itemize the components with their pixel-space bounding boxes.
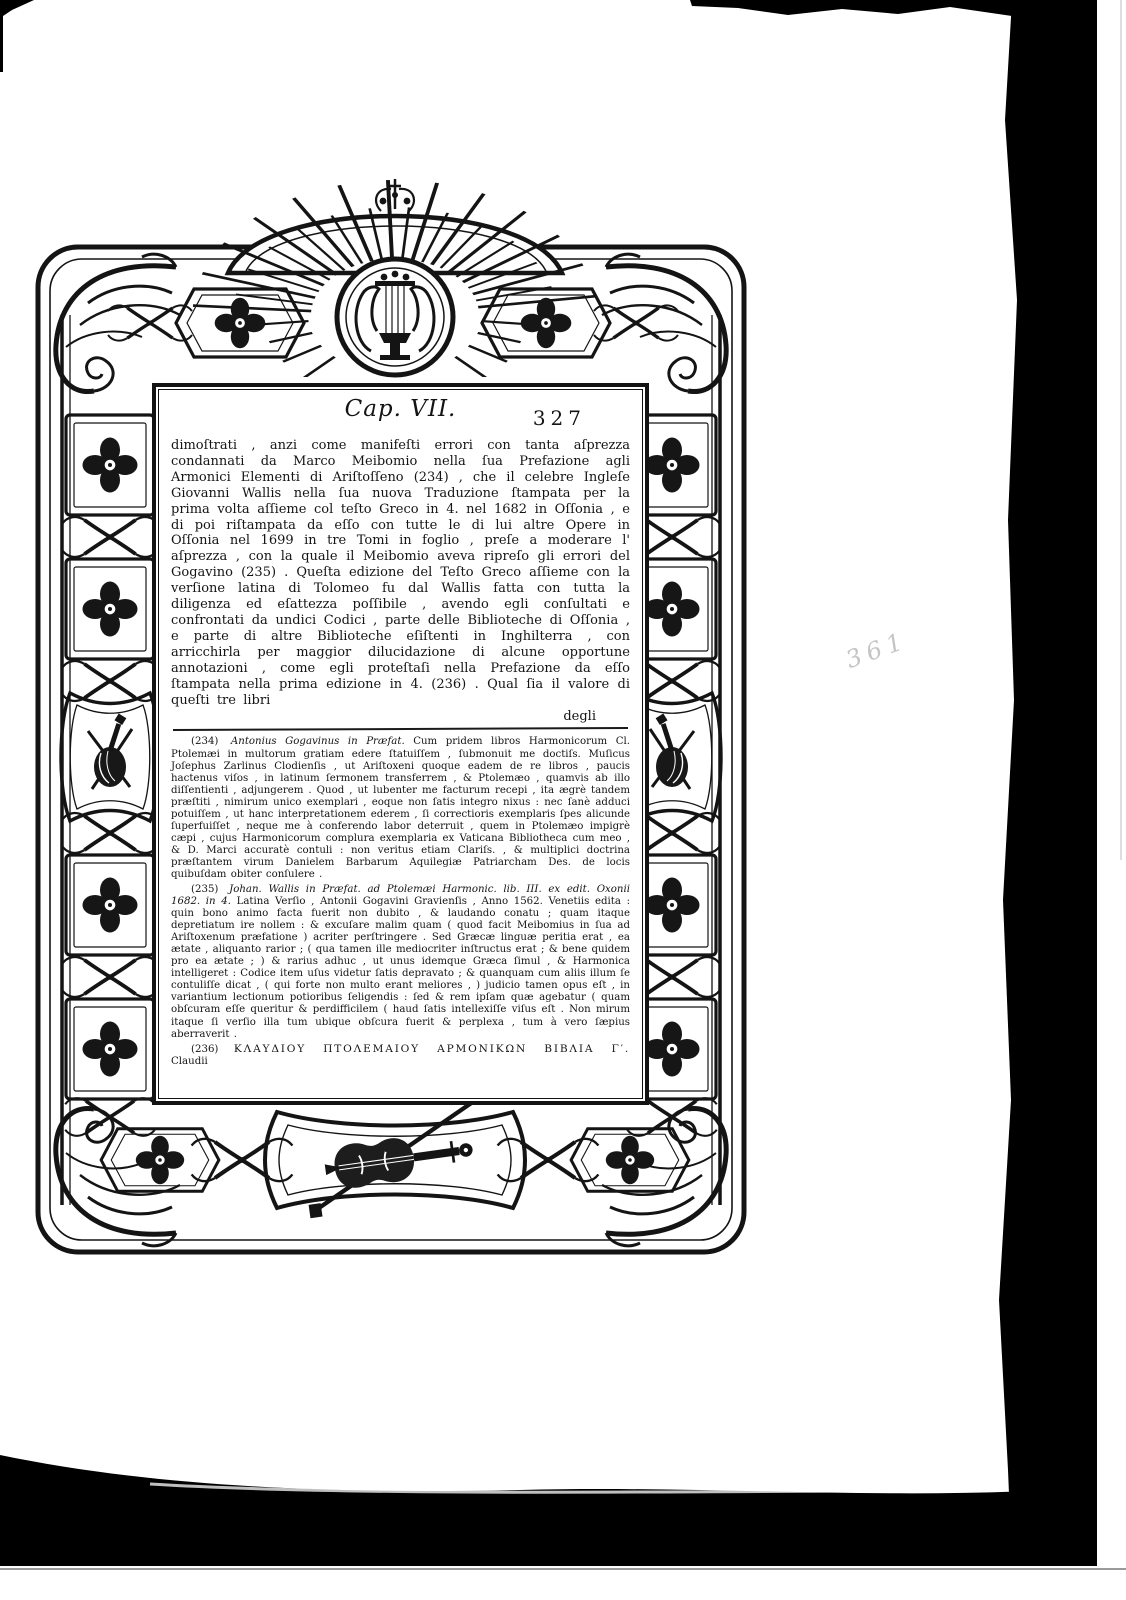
footnote-236-text: Claudii: [171, 1056, 208, 1067]
body-paragraph: dimoſtrati , anzi come manifeſti errori …: [171, 438, 630, 708]
pencil-annotation: 361: [842, 626, 912, 674]
scan-top-left-wedge: [0, 0, 34, 18]
scanned-book-page: Cap. VII. 327 dimoſtrati , anzi come man…: [0, 0, 1126, 1600]
left-border-column: [61, 415, 159, 1136]
footnote-235-text: Latina Verſio , Antonii Gogavini Gravien…: [171, 896, 630, 1040]
footnote-236: (236) ΚΛΑΥΔΙΟΥ ΠΤΟΛΕΜΑΙΟΥ ΑΡΜΟΝΙΚΩΝ ΒΙΒΛ…: [171, 1043, 630, 1068]
footnote-separator: [173, 727, 628, 731]
chapter-heading: Cap. VII.: [345, 396, 457, 422]
scan-right-band: [999, 0, 1097, 1566]
text-block-frame: Cap. VII. 327 dimoſtrati , anzi come man…: [152, 383, 649, 1105]
footnote-234-label: (234): [191, 736, 218, 747]
bottom-border-band: [101, 1103, 689, 1218]
scan-bottom-band: [0, 1455, 1097, 1566]
footnote-236-label: (236): [191, 1044, 218, 1055]
lyre-medallion: [337, 259, 453, 375]
footnote-235-label: (235): [191, 884, 218, 895]
page-number: 327: [533, 406, 586, 430]
scan-top-strip: [690, 0, 1014, 16]
catchword: degli: [171, 709, 630, 724]
footnote-236-greek-title: ΚΛΑΥΔΙΟΥ ΠΤΟΛΕΜΑΙΟΥ ΑΡΜΟΝΙΚΩΝ ΒΙΒΛΙΑ Γ′.: [234, 1043, 630, 1055]
footnote-234: (234) Antonius Gogavinus in Præfat. Cum …: [171, 736, 630, 881]
text-block-inner: Cap. VII. 327 dimoſtrati , anzi come man…: [158, 389, 643, 1099]
page-header: Cap. VII. 327: [171, 396, 630, 434]
footnote-234-source: Antonius Gogavinus in Præfat.: [231, 736, 405, 747]
footnote-235: (235) Johan. Wallis in Præfat. ad Ptolem…: [171, 884, 630, 1041]
footnote-234-text: Cum pridem libros Harmonicorum Cl. Ptole…: [171, 736, 630, 880]
foliate-crest-icon: [376, 179, 414, 211]
